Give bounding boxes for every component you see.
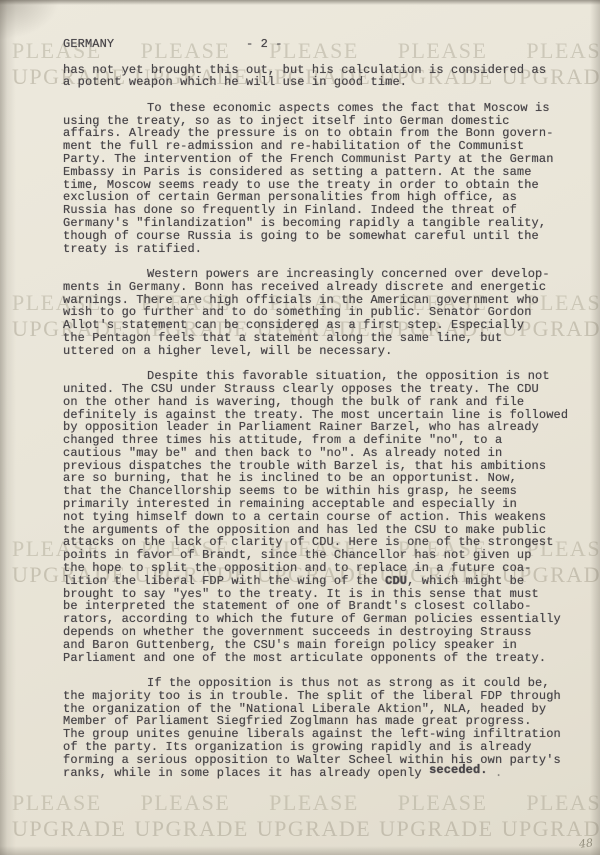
page-corner-shadow xyxy=(0,0,60,40)
text-line: To these economic aspects comes the fact… xyxy=(63,102,577,115)
text-segment: lition the liberal FDP with the wing of … xyxy=(63,574,385,588)
text-line: of the party. Its organization is growin… xyxy=(63,741,577,754)
page-edge-bottom-shadow xyxy=(0,846,600,855)
text-line: Parliament and one of the most articulat… xyxy=(63,652,577,665)
watermark-word: PLEASE xyxy=(12,792,102,814)
watermark-word: UPGRADE xyxy=(134,818,248,840)
text-line: ranks, while in some places it has alrea… xyxy=(63,767,577,780)
text-line: changed three times his attitude, from a… xyxy=(63,434,577,447)
emphasized-text: seceded. xyxy=(429,763,488,777)
text-line: Germany's "finlandization" is becoming r… xyxy=(63,217,577,230)
text-line: Western powers are increasingly concerne… xyxy=(63,268,577,281)
watermark-row: PLEASEPLEASEPLEASEPLEASEPLEASE xyxy=(0,792,600,814)
text-segment: , which might be xyxy=(407,574,524,588)
paragraph: has not yet brought this out, but his ca… xyxy=(63,64,577,90)
watermark-word: UPGRADE xyxy=(257,818,371,840)
text-line: the majority too is in trouble. The spli… xyxy=(63,690,577,703)
page-header: GERMANY - 2 - xyxy=(63,38,577,51)
page-edge-right-shadow xyxy=(590,0,600,855)
page-number-label: - 2 - xyxy=(246,38,283,51)
text-line: If the opposition is thus not as strong … xyxy=(63,677,577,690)
text-line: Embassy in Paris is considered as settin… xyxy=(63,166,577,179)
watermark-word: PLEASE xyxy=(526,792,600,814)
text-line: cautious "may be" and then back to "no".… xyxy=(63,447,577,460)
text-line: ments in Germany. Bonn has received alre… xyxy=(63,281,577,294)
text-line: Allot's statement can be considered as a… xyxy=(63,319,577,332)
text-line: lition the liberal FDP with the wing of … xyxy=(63,575,577,588)
emphasized-text: CDU xyxy=(385,574,407,588)
watermark-word: PLEASE xyxy=(269,792,359,814)
watermark-word: UPGRADE xyxy=(12,818,126,840)
document-body: has not yet brought this out, but his ca… xyxy=(63,64,577,780)
watermark-word: UPGRADE xyxy=(379,818,493,840)
text-line: Party. The intervention of the French Co… xyxy=(63,153,577,166)
page-edge-top-shadow xyxy=(0,0,600,5)
watermark-band: PLEASEPLEASEPLEASEPLEASEPLEASEUPGRADEUPG… xyxy=(0,792,600,840)
page-edge-left-shadow xyxy=(0,0,16,855)
paragraph: To these economic aspects comes the fact… xyxy=(63,102,577,256)
paragraph: Despite this favorable situation, the op… xyxy=(63,370,577,664)
text-line: and Baron Guttenberg, the CSU's main for… xyxy=(63,639,577,652)
text-line: not tying himself down to a certain cour… xyxy=(63,511,577,524)
text-line: primarily interested in remaining accept… xyxy=(63,498,577,511)
text-line: a potent weapon which he will use in goo… xyxy=(63,76,577,89)
watermark-word: PLEASE xyxy=(398,792,488,814)
text-segment: ranks, while in some places it has alrea… xyxy=(63,766,429,780)
handwritten-page-number: 48 xyxy=(578,836,593,850)
paragraph: Western powers are increasingly concerne… xyxy=(63,268,577,358)
paragraph: If the opposition is thus not as strong … xyxy=(63,677,577,779)
watermark-word: PLEASE xyxy=(141,792,231,814)
text-line: Despite this favorable situation, the op… xyxy=(63,370,577,383)
text-segment: . xyxy=(488,766,503,780)
watermark-row: UPGRADEUPGRADEUPGRADEUPGRADEUPGRADE xyxy=(0,818,600,840)
text-line: depends on whether the government succee… xyxy=(63,626,577,639)
text-line: united. The CSU under Strauss clearly op… xyxy=(63,383,577,396)
text-line: treaty is ratified. xyxy=(63,243,577,256)
text-line: the Pentagon feels that a statement alon… xyxy=(63,332,577,345)
text-line: though of course Russia is going to be s… xyxy=(63,230,577,243)
header-title: GERMANY xyxy=(63,37,114,51)
scanned-document-page: PLEASEPLEASEPLEASEPLEASEPLEASEUPGRADEUPG… xyxy=(0,0,600,855)
text-line: uttered on a higher level, will be neces… xyxy=(63,345,577,358)
document-content: GERMANY - 2 - has not yet brought this o… xyxy=(63,38,577,792)
text-line: on the other hand is wavering, though th… xyxy=(63,396,577,409)
